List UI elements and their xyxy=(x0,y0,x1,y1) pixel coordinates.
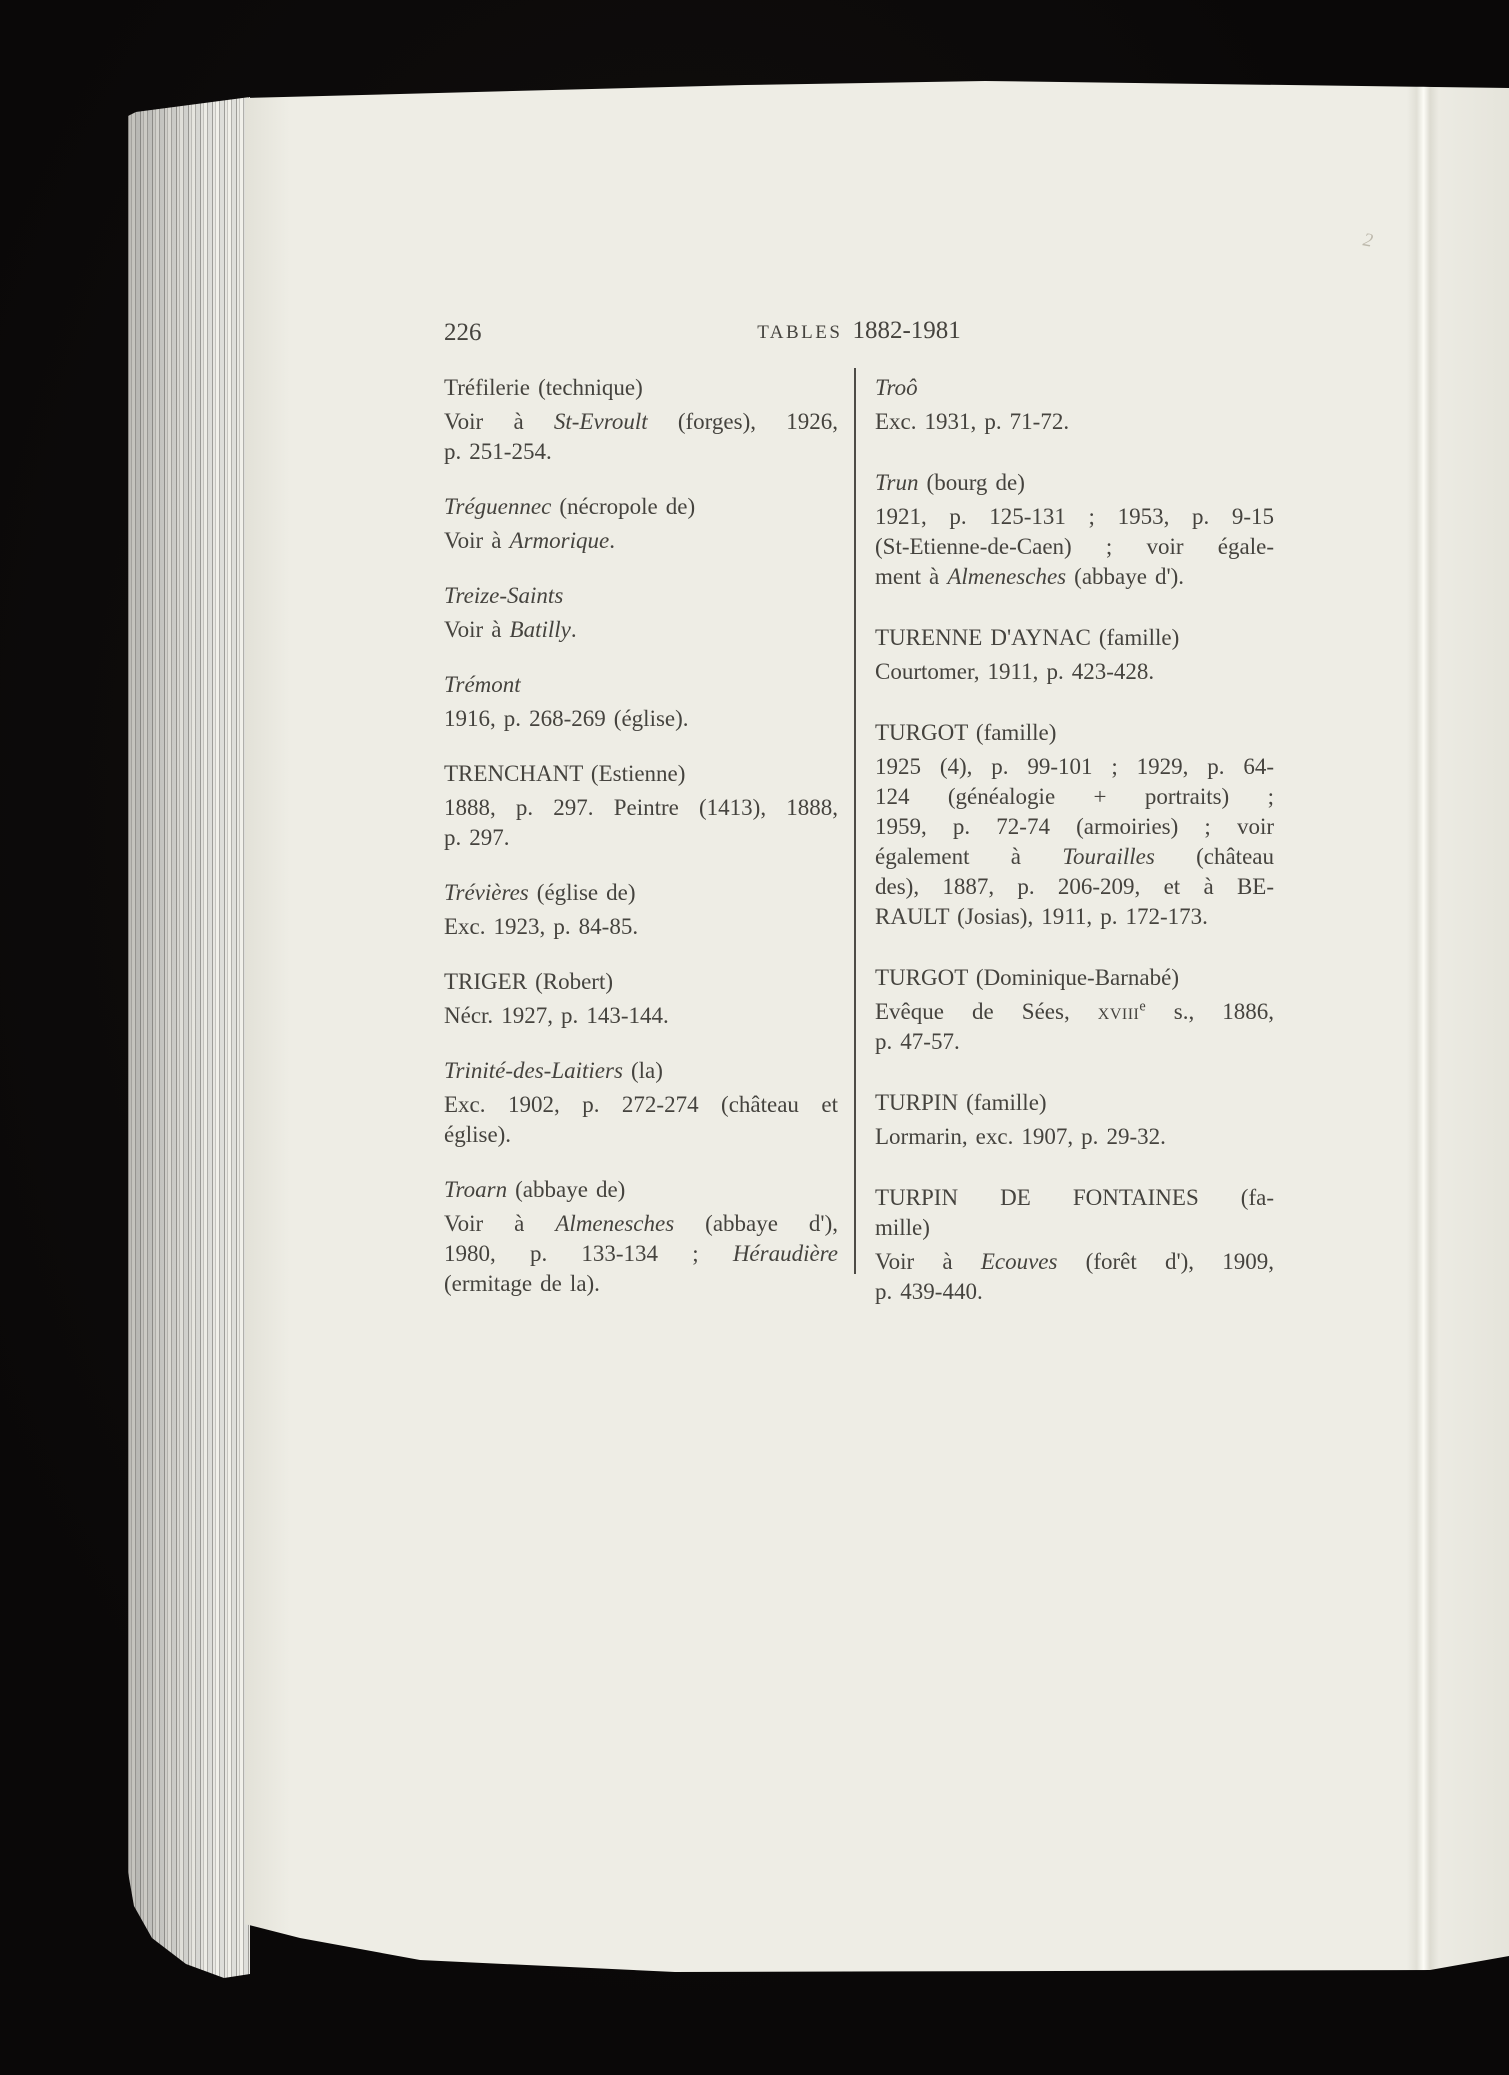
entry-body-line: église). xyxy=(444,1120,838,1150)
running-title-years: 1882-1981 xyxy=(852,317,960,344)
entry-body-line: Voir à Almenesches (abbaye d'), xyxy=(444,1209,838,1239)
text-run: Treize-Saints xyxy=(444,583,563,608)
text-run: Troô xyxy=(875,375,918,400)
text-run: TRIGER (Robert) xyxy=(444,969,613,994)
index-entry: Trévières (église de)Exc. 1923, p. 84-85… xyxy=(444,878,838,942)
index-entry: TRENCHANT (Estienne)1888, p. 297. Peintr… xyxy=(444,759,838,853)
text-run: (bourg de) xyxy=(918,470,1024,495)
entry-body-line: Evêque de Sées, xviiie s., 1886, xyxy=(875,997,1274,1027)
text-run: Ecouves xyxy=(981,1249,1058,1274)
stray-mark: 2 xyxy=(1361,229,1374,252)
entry-body-line: 1916, p. 268-269 (église). xyxy=(444,704,838,734)
text-run: . xyxy=(571,617,577,642)
index-entry: TURPIN DE FONTAINES (fa-mille)Voir à Eco… xyxy=(875,1183,1274,1307)
index-entry: Troarn (abbaye de)Voir à Almenesches (ab… xyxy=(444,1175,838,1299)
index-entry: TRIGER (Robert)Nécr. 1927, p. 143-144. xyxy=(444,967,838,1031)
left-column: Tréfilerie (technique)Voir à St-Evroult … xyxy=(444,373,838,1324)
text-run: p. 439-440. xyxy=(875,1279,983,1304)
entry-body-line: 1888, p. 297. Peintre (1413), 1888, xyxy=(444,793,838,823)
text-run: (église de) xyxy=(529,880,636,905)
entry-headword-line: Trémont xyxy=(444,670,838,700)
text-run: p. 297. xyxy=(444,825,510,850)
entry-body-line: Voir à Armorique. xyxy=(444,526,838,556)
text-run: 1980, p. 133-134 ; xyxy=(444,1241,733,1266)
index-entry: TURPIN (famille)Lormarin, exc. 1907, p. … xyxy=(875,1088,1274,1152)
text-run: RAULT (Josias), 1911, p. 172-173. xyxy=(875,904,1208,929)
index-entry: Tréguennec (nécropole de)Voir à Armoriqu… xyxy=(444,492,838,556)
text-run: (château xyxy=(1155,844,1274,869)
entry-body-line: (St-Etienne-de-Caen) ; voir égale- xyxy=(875,532,1274,562)
text-run: (abbaye de) xyxy=(507,1177,625,1202)
text-run: (ermitage de la). xyxy=(444,1271,600,1296)
text-run: Courtomer, 1911, p. 423-428. xyxy=(875,659,1154,684)
index-entry: TURENNE D'AYNAC (famille)Courtomer, 1911… xyxy=(875,623,1274,687)
entry-headword-line: Troô xyxy=(875,373,1274,403)
text-run: Tourailles xyxy=(1062,844,1154,869)
running-header: 226 TABLES1882-1981 xyxy=(444,314,1274,346)
entry-body-line: 1925 (4), p. 99-101 ; 1929, p. 64- xyxy=(875,752,1274,782)
index-entry: Trun (bourg de)1921, p. 125-131 ; 1953, … xyxy=(875,468,1274,592)
entry-headword-line: Trinité-des-Laitiers (la) xyxy=(444,1056,838,1086)
text-run: TRENCHANT (Estienne) xyxy=(444,761,685,786)
entry-headword-line: mille) xyxy=(875,1213,1274,1243)
entry-body-line: Voir à Ecouves (forêt d'), 1909, xyxy=(875,1247,1274,1277)
index-entry: TroôExc. 1931, p. 71-72. xyxy=(875,373,1274,437)
text-run: TURENNE D'AYNAC (famille) xyxy=(875,625,1179,650)
text-run: (St-Etienne-de-Caen) ; voir égale- xyxy=(875,534,1274,559)
entry-headword-line: Treize-Saints xyxy=(444,581,838,611)
entry-body-line: p. 251-254. xyxy=(444,437,838,467)
text-run: TURPIN DE FONTAINES (fa- xyxy=(875,1185,1274,1210)
text-run: (forges), 1926, xyxy=(648,409,838,434)
text-run: des), 1887, p. 206-209, et à BE- xyxy=(875,874,1274,899)
running-title-caps: TABLES xyxy=(757,322,842,343)
text-run: 1921, p. 125-131 ; 1953, p. 9-15 xyxy=(875,504,1274,529)
index-entry: Trémont1916, p. 268-269 (église). xyxy=(444,670,838,734)
running-title: TABLES1882-1981 xyxy=(757,318,961,346)
text-run: Lormarin, exc. 1907, p. 29-32. xyxy=(875,1124,1166,1149)
entry-headword-line: TURGOT (famille) xyxy=(875,718,1274,748)
entry-headword-line: TURPIN DE FONTAINES (fa- xyxy=(875,1183,1274,1213)
entry-body-line: Voir à Batilly. xyxy=(444,615,838,645)
text-run: Voir à xyxy=(444,409,554,434)
index-entry: Tréfilerie (technique)Voir à St-Evroult … xyxy=(444,373,838,467)
text-run: St-Evroult xyxy=(554,409,648,434)
text-run: Nécr. 1927, p. 143-144. xyxy=(444,1003,669,1028)
entry-body-line: Voir à St-Evroult (forges), 1926, xyxy=(444,407,838,437)
entry-headword-line: TURENNE D'AYNAC (famille) xyxy=(875,623,1274,653)
entry-body-line: Exc. 1931, p. 71-72. xyxy=(875,407,1274,437)
text-run: 1916, p. 268-269 (église). xyxy=(444,706,689,731)
text-run: s., 1886, xyxy=(1146,999,1274,1024)
index-entry: TURGOT (Dominique-Barnabé)Evêque de Sées… xyxy=(875,963,1274,1057)
text-run: (abbaye d'). xyxy=(1066,564,1184,589)
text-run: Evêque de Sées, xyxy=(875,999,1098,1024)
text-run: Armorique xyxy=(510,528,610,553)
book-page-edges xyxy=(128,94,250,1996)
entry-headword-line: Trévières (église de) xyxy=(444,878,838,908)
text-run: Trun xyxy=(875,470,918,495)
entry-body-line: Courtomer, 1911, p. 423-428. xyxy=(875,657,1274,687)
text-run: 1888, p. 297. Peintre (1413), 1888, xyxy=(444,795,838,820)
entry-headword-line: Tréfilerie (technique) xyxy=(444,373,838,403)
entry-body-line: p. 297. xyxy=(444,823,838,853)
entry-body-line: Exc. 1902, p. 272-274 (château et xyxy=(444,1090,838,1120)
entry-headword-line: TURGOT (Dominique-Barnabé) xyxy=(875,963,1274,993)
text-run: Exc. 1902, p. 272-274 (château et xyxy=(444,1092,838,1117)
entry-body-line: p. 439-440. xyxy=(875,1277,1274,1307)
text-run: TURGOT (Dominique-Barnabé) xyxy=(875,965,1179,990)
text-run: mille) xyxy=(875,1215,930,1240)
entry-body-line: Exc. 1923, p. 84-85. xyxy=(444,912,838,942)
index-entry: Trinité-des-Laitiers (la)Exc. 1902, p. 2… xyxy=(444,1056,838,1150)
text-run: Exc. 1923, p. 84-85. xyxy=(444,914,638,939)
text-run: Batilly xyxy=(510,617,571,642)
text-run: Exc. 1931, p. 71-72. xyxy=(875,409,1069,434)
text-run: Voir à xyxy=(444,1211,555,1236)
entry-headword-line: TURPIN (famille) xyxy=(875,1088,1274,1118)
index-entry: TURGOT (famille)1925 (4), p. 99-101 ; 19… xyxy=(875,718,1274,932)
text-run: . xyxy=(609,528,615,553)
entry-body-line: 124 (généalogie + portraits) ; xyxy=(875,782,1274,812)
entry-headword-line: Troarn (abbaye de) xyxy=(444,1175,838,1205)
entry-body-line: 1921, p. 125-131 ; 1953, p. 9-15 xyxy=(875,502,1274,532)
entry-body-line: des), 1887, p. 206-209, et à BE- xyxy=(875,872,1274,902)
text-run: 1925 (4), p. 99-101 ; 1929, p. 64- xyxy=(875,754,1274,779)
text-run: ment à xyxy=(875,564,947,589)
photo-backdrop: 226 TABLES1882-1981 Tréfilerie (techniqu… xyxy=(0,0,1509,2075)
entry-headword-line: Tréguennec (nécropole de) xyxy=(444,492,838,522)
text-run: Tréfilerie (technique) xyxy=(444,375,643,400)
text-run: Voir à xyxy=(444,617,510,642)
text-run: Héraudière xyxy=(733,1241,838,1266)
text-run: Almenesches xyxy=(947,564,1066,589)
text-run: 1959, p. 72-74 (armoiries) ; voir xyxy=(875,814,1274,839)
text-run: église). xyxy=(444,1122,511,1147)
text-run: Trinité-des-Laitiers xyxy=(444,1058,623,1083)
entry-body-line: également à Tourailles (château xyxy=(875,842,1274,872)
text-run: Troarn xyxy=(444,1177,507,1202)
text-run: Voir à xyxy=(875,1249,981,1274)
text-run: également à xyxy=(875,844,1062,869)
entry-body-line: 1980, p. 133-134 ; Héraudière xyxy=(444,1239,838,1269)
entry-body-line: Nécr. 1927, p. 143-144. xyxy=(444,1001,838,1031)
page-number: 226 xyxy=(444,320,482,346)
entry-body-line: RAULT (Josias), 1911, p. 172-173. xyxy=(875,902,1274,932)
entry-body-line: 1959, p. 72-74 (armoiries) ; voir xyxy=(875,812,1274,842)
text-run: Voir à xyxy=(444,528,510,553)
text-run: TURPIN (famille) xyxy=(875,1090,1047,1115)
entry-body-line: ment à Almenesches (abbaye d'). xyxy=(875,562,1274,592)
column-divider-rule xyxy=(854,368,856,1274)
entry-body-line: Lormarin, exc. 1907, p. 29-32. xyxy=(875,1122,1274,1152)
entry-body-line: p. 47-57. xyxy=(875,1027,1274,1057)
text-run: Trévières xyxy=(444,880,529,905)
entry-body-line: (ermitage de la). xyxy=(444,1269,838,1299)
text-run: Almenesches xyxy=(555,1211,674,1236)
entry-headword-line: Trun (bourg de) xyxy=(875,468,1274,498)
text-run: p. 251-254. xyxy=(444,439,552,464)
book-page: 226 TABLES1882-1981 Tréfilerie (techniqu… xyxy=(245,0,1509,2075)
text-run: (abbaye d'), xyxy=(674,1211,838,1236)
text-run: (la) xyxy=(623,1058,663,1083)
text-run: xviii xyxy=(1098,999,1140,1024)
text-run: (forêt d'), 1909, xyxy=(1057,1249,1274,1274)
entry-headword-line: TRENCHANT (Estienne) xyxy=(444,759,838,789)
page-gutter-crease xyxy=(1407,82,1439,1974)
text-run: TURGOT (famille) xyxy=(875,720,1056,745)
text-run: 124 (généalogie + portraits) ; xyxy=(875,784,1274,809)
entry-headword-line: TRIGER (Robert) xyxy=(444,967,838,997)
right-column: TroôExc. 1931, p. 71-72.Trun (bourg de)1… xyxy=(875,373,1274,1338)
text-run: Trémont xyxy=(444,672,521,697)
text-run: (nécropole de) xyxy=(551,494,695,519)
text-run: p. 47-57. xyxy=(875,1029,960,1054)
index-entry: Treize-SaintsVoir à Batilly. xyxy=(444,581,838,645)
text-run: Tréguennec xyxy=(444,494,551,519)
